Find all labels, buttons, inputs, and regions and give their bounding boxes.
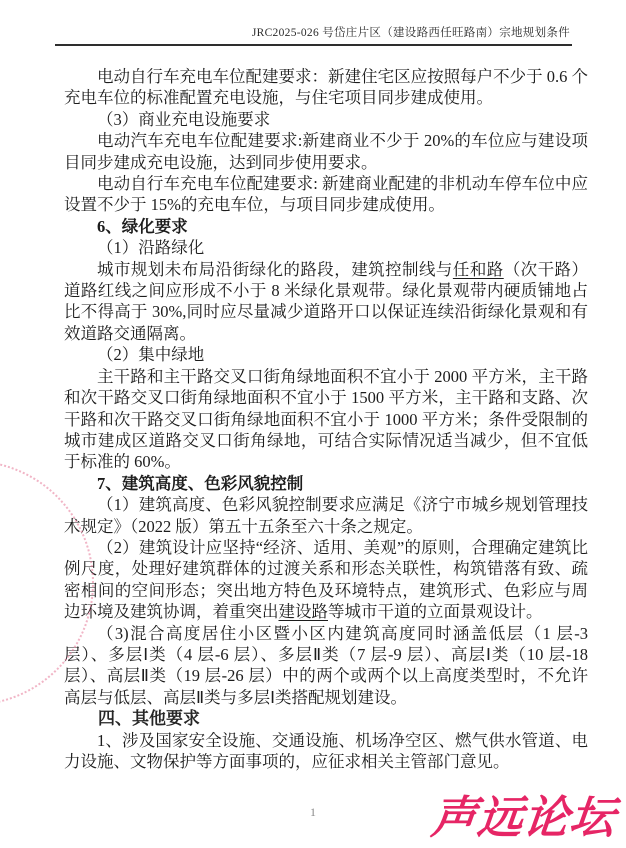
document-page: JRC2025-026 号岱庄片区（建设路西任旺路南）宗地规划条件 电动自行车充… [0, 0, 626, 848]
paragraph-consult-authorities: 1、涉及国家安全设施、交通设施、机场净空区、燃气供水管道、电力设施、文物保护等方… [64, 730, 588, 773]
section-heading-height-color: 7、建筑高度、色彩风貌控制 [64, 473, 588, 494]
paragraph-commercial-charging-heading: （3）商业充电设施要求 [64, 109, 588, 130]
paragraph-ev-commercial: 电动汽车充电车位配建要求:新建商业不少于 20%的车位应与建设项目同步建成充电设… [64, 130, 588, 173]
paragraph-mixed-height: （3)混合高度居住小区暨小区内建筑高度同时涵盖低层（1 层-3 层）、多层Ⅰ类（… [64, 623, 588, 709]
underlined-road-name: 建设路 [279, 602, 329, 621]
text-segment: 等城市干道的立面景观设计。 [328, 602, 543, 621]
paragraph-central-green-heading: （2）集中绿地 [64, 344, 588, 365]
text-segment: 城市规划未布局沿街绿化的路段，建筑控制线与 [97, 260, 453, 279]
watermark-logo: 声远论坛 [429, 781, 620, 846]
paragraph-roadside-greening: 城市规划未布局沿街绿化的路段，建筑控制线与任和路（次干路）道路红线之间应形成不小… [64, 259, 588, 345]
underlined-road-name: 任和路 [453, 260, 504, 279]
paragraph-height-color-regulation: （1）建筑高度、色彩风貌控制要求应满足《济宁市城乡规划管理技术规定》（2022 … [64, 494, 588, 537]
paragraph-ebike-residential: 电动自行车充电车位配建要求：新建住宅区应按照每户不少于 0.6 个充电车位的标准… [64, 66, 588, 109]
paragraph-building-design: （2）建筑设计应坚持“经济、适用、美观”的原则，合理确定建筑比例尺度，处理好建筑… [64, 537, 588, 623]
section-heading-other-requirements: 四、其他要求 [64, 708, 588, 729]
paragraph-ebike-commercial: 电动自行车充电车位配建要求: 新建商业配建的非机动车停车位中应设置不少于 15%… [64, 173, 588, 216]
paragraph-corner-green-area: 主干路和主干路交叉口街角绿地面积不宜小于 2000 平方米，主干路和次干路交叉口… [64, 366, 588, 473]
document-body: 电动自行车充电车位配建要求：新建住宅区应按照每户不少于 0.6 个充电车位的标准… [64, 66, 588, 772]
paragraph-roadside-greening-heading: （1）沿路绿化 [64, 237, 588, 258]
section-heading-greening: 6、绿化要求 [64, 216, 588, 237]
header-rule [55, 44, 572, 46]
header-title: JRC2025-026 号岱庄片区（建设路西任旺路南）宗地规划条件 [252, 24, 570, 40]
